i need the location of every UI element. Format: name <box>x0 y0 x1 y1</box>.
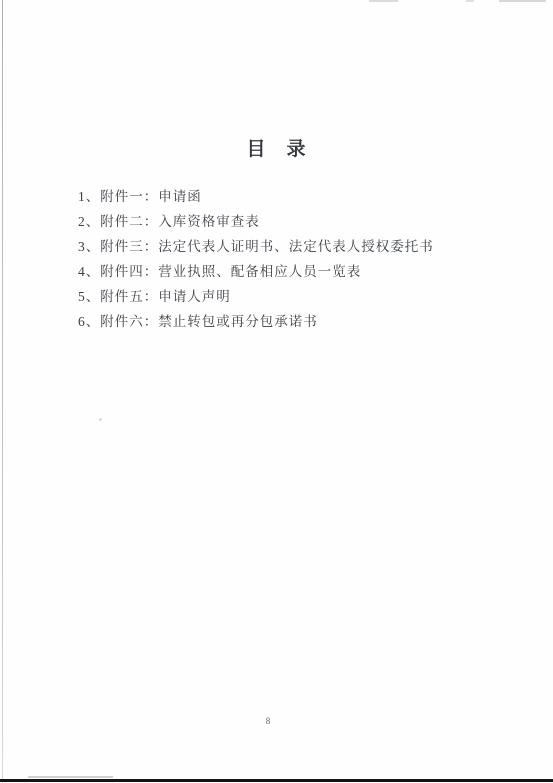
scan-edge-top-mark <box>499 0 546 2</box>
page-title: 目 录 <box>0 134 553 161</box>
scan-edge-top-mark <box>466 0 474 2</box>
scan-edge-left-line <box>2 0 3 783</box>
scan-bottom-edge-bar <box>0 779 553 782</box>
table-of-contents: 1、附件一：申请函 2、附件二：入库资格审查表 3、附件三：法定代表人证明书、法… <box>78 184 518 334</box>
scan-speck <box>99 418 102 421</box>
toc-item-4: 4、附件四：营业执照、配备相应人员一览表 <box>78 259 518 284</box>
toc-item-1: 1、附件一：申请函 <box>78 184 518 209</box>
scan-bottom-gray-mark <box>28 776 113 778</box>
toc-item-6: 6、附件六：禁止转包或再分包承诺书 <box>78 309 518 334</box>
page-number: 8 <box>262 716 274 726</box>
toc-item-3: 3、附件三：法定代表人证明书、法定代表人授权委托书 <box>78 234 518 259</box>
toc-item-2: 2、附件二：入库资格审查表 <box>78 209 518 234</box>
scan-edge-top-mark <box>369 0 398 2</box>
scanned-document-page: 目 录 1、附件一：申请函 2、附件二：入库资格审查表 3、附件三：法定代表人证… <box>0 0 553 783</box>
toc-item-5: 5、附件五：申请人声明 <box>78 284 518 309</box>
